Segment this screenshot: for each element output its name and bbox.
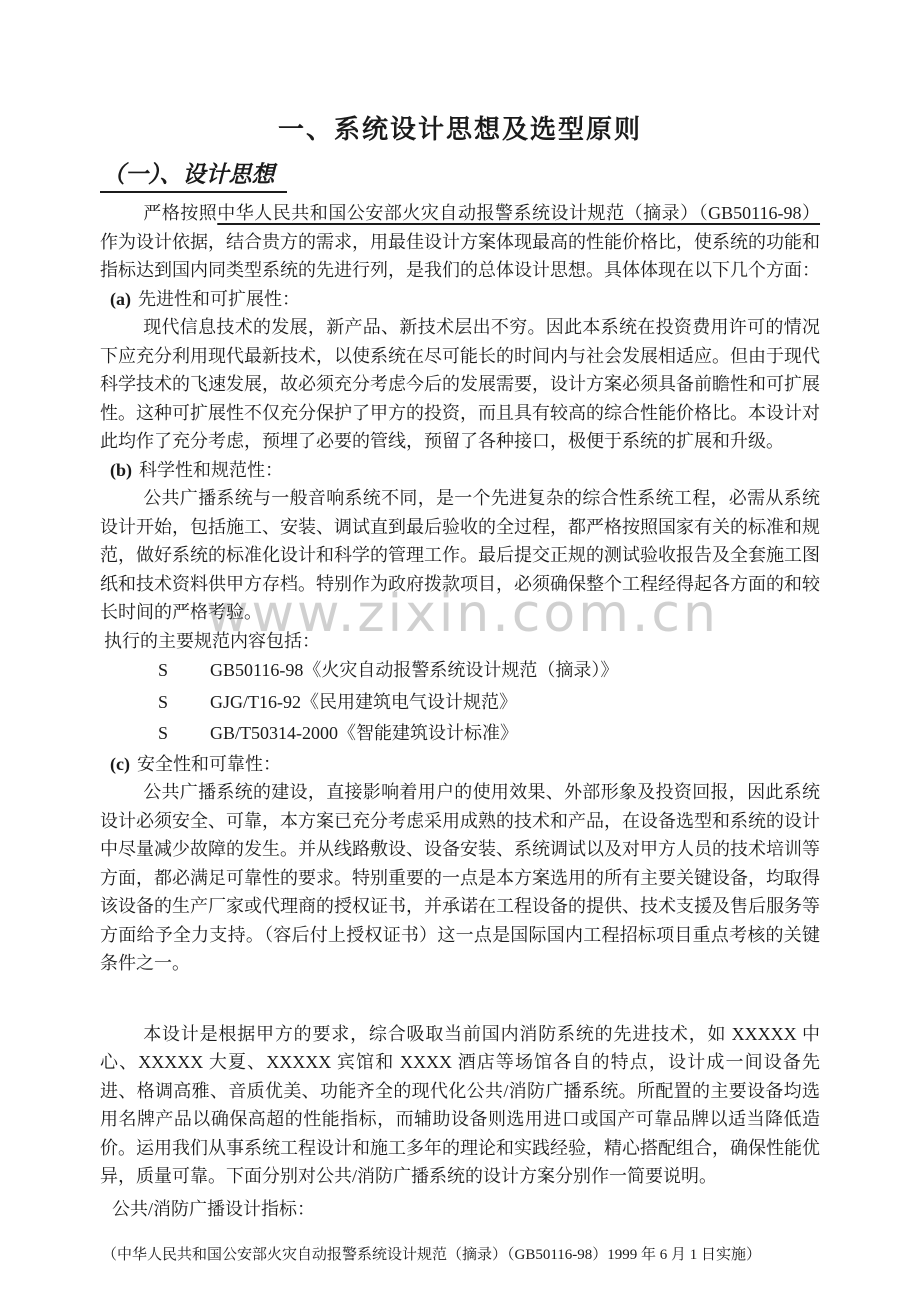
bullet-marker: S bbox=[158, 718, 210, 750]
standards-item-text: GB50116-98《火灾自动报警系统设计规范（摘录）》 bbox=[210, 660, 618, 680]
principle-c-body: 公共广播系统的建设，直接影响着用户的使用效果、外部形象及投资回报，因此系统设计必… bbox=[100, 778, 820, 978]
principle-a-body: 现代信息技术的发展，新产品、新技术层出不穷。因此本系统在投资费用许可的情况下应充… bbox=[100, 313, 820, 456]
section-heading: （一）、设计思想 bbox=[100, 160, 820, 193]
closing-paragraph: 本设计是根据甲方的要求，综合吸取当前国内消防系统的先进技术，如 XXXXX 中心… bbox=[100, 1020, 820, 1191]
indicator-heading: 公共/消防广播设计指标： bbox=[100, 1194, 820, 1224]
principle-b-heading: 科学性和规范性： bbox=[139, 460, 283, 480]
document-content: 一、系统设计思想及选型原则 （一）、设计思想 严格按照中华人民共和国公安部火灾自… bbox=[0, 0, 920, 1268]
intro-prefix: 严格按照 bbox=[143, 203, 217, 223]
bullet-marker: S bbox=[158, 655, 210, 687]
principle-c-marker: (c) bbox=[110, 754, 130, 774]
standards-item-text: GJG/T16-92《民用建筑电气设计规范》 bbox=[210, 692, 517, 712]
section-heading-text: （一）、设计思想 bbox=[100, 160, 287, 193]
standards-intro-line: 执行的主要规范内容包括： bbox=[100, 627, 820, 656]
principle-item-b: (b)科学性和规范性： 公共广播系统与一般音响系统不同，是一个先进复杂的综合性系… bbox=[100, 456, 820, 627]
principle-a-marker: (a) bbox=[110, 289, 131, 309]
page-title: 一、系统设计思想及选型原则 bbox=[100, 112, 820, 148]
principle-item-c: (c)安全性和可靠性： 公共广播系统的建设，直接影响着用户的使用效果、外部形象及… bbox=[100, 750, 820, 978]
principle-a-heading-line: (a)先进性和可扩展性： bbox=[100, 285, 820, 314]
intro-paragraph: 严格按照中华人民共和国公安部火灾自动报警系统设计规范（摘录）（GB50116-9… bbox=[100, 199, 820, 285]
footnote-line: （中华人民共和国公安部火灾自动报警系统设计规范（摘录）（GB50116-98）1… bbox=[100, 1242, 820, 1268]
standards-list: SGB50116-98《火灾自动报警系统设计规范（摘录）》 SGJG/T16-9… bbox=[100, 655, 820, 750]
standards-item: SGB/T50314-2000《智能建筑设计标准》 bbox=[100, 718, 820, 750]
principle-b-marker: (b) bbox=[110, 460, 132, 480]
standards-item-text: GB/T50314-2000《智能建筑设计标准》 bbox=[210, 723, 518, 743]
standards-item: SGJG/T16-92《民用建筑电气设计规范》 bbox=[100, 687, 820, 719]
principle-item-a: (a)先进性和可扩展性： 现代信息技术的发展，新产品、新技术层出不穷。因此本系统… bbox=[100, 285, 820, 456]
principle-c-heading-line: (c)安全性和可靠性： bbox=[100, 750, 820, 779]
bullet-marker: S bbox=[158, 687, 210, 719]
principle-a-heading: 先进性和可扩展性： bbox=[138, 289, 300, 309]
principle-b-heading-line: (b)科学性和规范性： bbox=[100, 456, 820, 485]
document-page: www.zixin.com.cn 一、系统设计思想及选型原则 （一）、设计思想 … bbox=[0, 0, 920, 1302]
intro-underlined-standard: 中华人民共和国公安部火灾自动报警系统设计规范（摘录）（GB50116-98） bbox=[217, 203, 820, 223]
intro-suffix: 作为设计依据，结合贵方的需求，用最佳设计方案体现最高的性能价格比，使系统的功能和… bbox=[100, 232, 820, 281]
standards-item: SGB50116-98《火灾自动报警系统设计规范（摘录）》 bbox=[100, 655, 820, 687]
principle-b-body: 公共广播系统与一般音响系统不同，是一个先进复杂的综合性系统工程，必需从系统设计开… bbox=[100, 484, 820, 627]
principle-c-heading: 安全性和可靠性： bbox=[137, 754, 281, 774]
